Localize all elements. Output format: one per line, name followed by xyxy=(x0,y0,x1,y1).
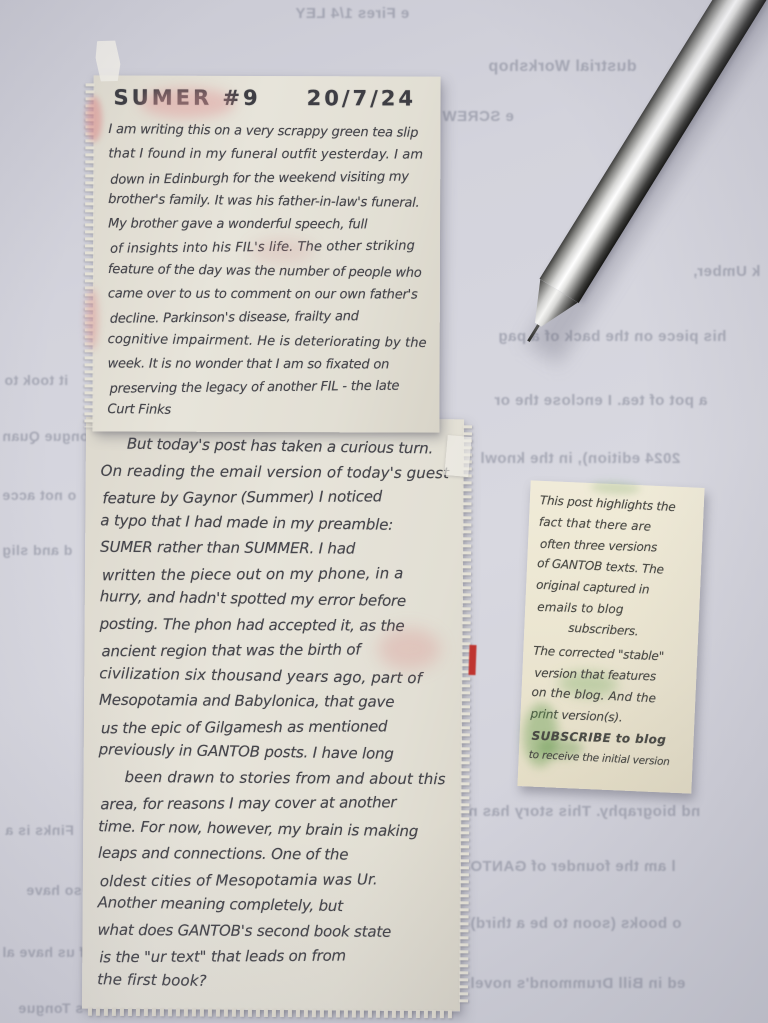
receipt-strip-top: SUMER #9 20/7/24 I am writing this on a … xyxy=(92,75,440,432)
handwriting-line: of insights into his FIL's life. The oth… xyxy=(110,235,438,262)
handwriting-line: came over to us to comment on our own fa… xyxy=(108,283,436,307)
handwritten-text-bottom: But today's post has taken a curious tur… xyxy=(82,417,464,997)
handwriting-line: posting. The phon had accepted it, as th… xyxy=(100,611,459,639)
tape-piece xyxy=(444,435,471,477)
handwriting-line: that I found in my funeral outfit yester… xyxy=(108,143,436,167)
bleedthrough-fragment: it took to xyxy=(4,372,68,388)
bleedthrough-fragment: ed in Bill Drummond's novel xyxy=(470,975,685,992)
bleedthrough-fragment: nd biography. This story has n xyxy=(468,803,700,820)
bleedthrough-fragment: e SCREW xyxy=(442,108,514,125)
note-title: SUMER #9 xyxy=(114,85,261,110)
handwriting-line: brother's family. It was his father-in-l… xyxy=(108,188,436,215)
note-date: 20/7/24 xyxy=(307,86,416,110)
bleedthrough-fragment: o books (soon to be a third) xyxy=(470,915,682,932)
handwriting-line: Mesopotamia and Babylonica, that gave xyxy=(99,688,458,716)
bleedthrough-fragment: e Fires 1/4 LEY xyxy=(295,5,409,22)
receipt-strip-bottom: But today's post has taken a curious tur… xyxy=(82,417,464,1012)
bleedthrough-fragment: Finks is a xyxy=(5,822,74,838)
handwriting-line: oldest cities of Mesopotamia was Ur. xyxy=(100,866,459,894)
handwriting-line: My brother gave a wonderful speech, full xyxy=(108,213,436,237)
bleedthrough-fragment: 2024 edition), in the knowl xyxy=(480,450,680,467)
bleedthrough-fragment: l am the founder of GANTO xyxy=(470,858,676,875)
note-title-row: SUMER #9 20/7/24 xyxy=(93,75,440,114)
handwriting-line: decline. Parkinson's disease, frailty an… xyxy=(110,305,438,332)
sticky-note: This post highlights thefact that there … xyxy=(517,480,704,793)
handwriting-line: On reading the email version of today's … xyxy=(101,458,460,486)
handwriting-line: week. It is no wonder that I am so fixat… xyxy=(108,352,436,376)
handwriting-line: time. For now, however, my brain is maki… xyxy=(98,814,457,845)
bleedthrough-fragment: a pot of tea. I enclose the or xyxy=(494,392,707,409)
handwriting-line: is the "ur text" that leads on from xyxy=(99,943,458,971)
bleedthrough-fragment: k Umber, xyxy=(693,263,760,280)
handwriting-line: civilization six thousand years ago, par… xyxy=(99,661,458,692)
handwriting-line: a typo that I had made in my preamble: xyxy=(100,508,459,539)
handwritten-text-top: I am writing this on a very scrappy gree… xyxy=(92,113,440,423)
sticky-note-text: This post highlights thefact that there … xyxy=(518,480,704,773)
handwriting-line: SUMER rather than SUMMER. I had xyxy=(100,535,459,563)
handwriting-line: area, for reasons I may cover at another xyxy=(100,790,459,818)
handwriting-line: been drawn to stories from and about thi… xyxy=(98,764,457,792)
bleedthrough-fragment: o not acce xyxy=(2,487,76,503)
bleedthrough-fragment: ongue Quan xyxy=(2,428,89,444)
photo-of-handwritten-notes: e Fires 1/4 LEYdustrial Workshope SCREWk… xyxy=(0,0,768,1023)
handwriting-line: feature by Gaynor (Summer) I noticed xyxy=(102,484,461,512)
bleedthrough-fragment: so have xyxy=(26,882,82,898)
bleedthrough-fragment: dustrial Workshop xyxy=(488,58,637,76)
handwriting-line: cognitive impairment. He is deterioratin… xyxy=(108,328,436,355)
bleedthrough-fragment: s Tongue xyxy=(18,1000,83,1016)
handwriting-line: Curt Finks xyxy=(107,398,435,425)
handwriting-line: down in Edinburgh for the weekend visiti… xyxy=(110,165,438,192)
perforated-edge xyxy=(84,83,94,427)
bleedthrough-fragment: f us have al xyxy=(2,944,84,960)
handwriting-line: feature of the day was the number of peo… xyxy=(108,258,436,285)
handwriting-line: preserving the legacy of another FIL - t… xyxy=(109,375,437,402)
handwriting-line: the first book? xyxy=(97,967,456,998)
bleedthrough-fragment: d and slig xyxy=(2,542,72,558)
handwriting-line: leaps and connections. One of the xyxy=(98,841,457,869)
handwriting-line: what does GANTOB's second book state xyxy=(97,917,456,945)
handwriting-line: written the piece out on my phone, in a xyxy=(102,560,461,588)
handwriting-line: us the epic of Gilgamesh as mentioned xyxy=(101,713,460,741)
handwriting-line: ancient region that was the birth of xyxy=(101,637,460,665)
pencil-lead-tip xyxy=(527,323,540,342)
red-tab-marker xyxy=(468,645,476,675)
handwriting-line: I am writing this on a very scrappy gree… xyxy=(108,118,436,145)
